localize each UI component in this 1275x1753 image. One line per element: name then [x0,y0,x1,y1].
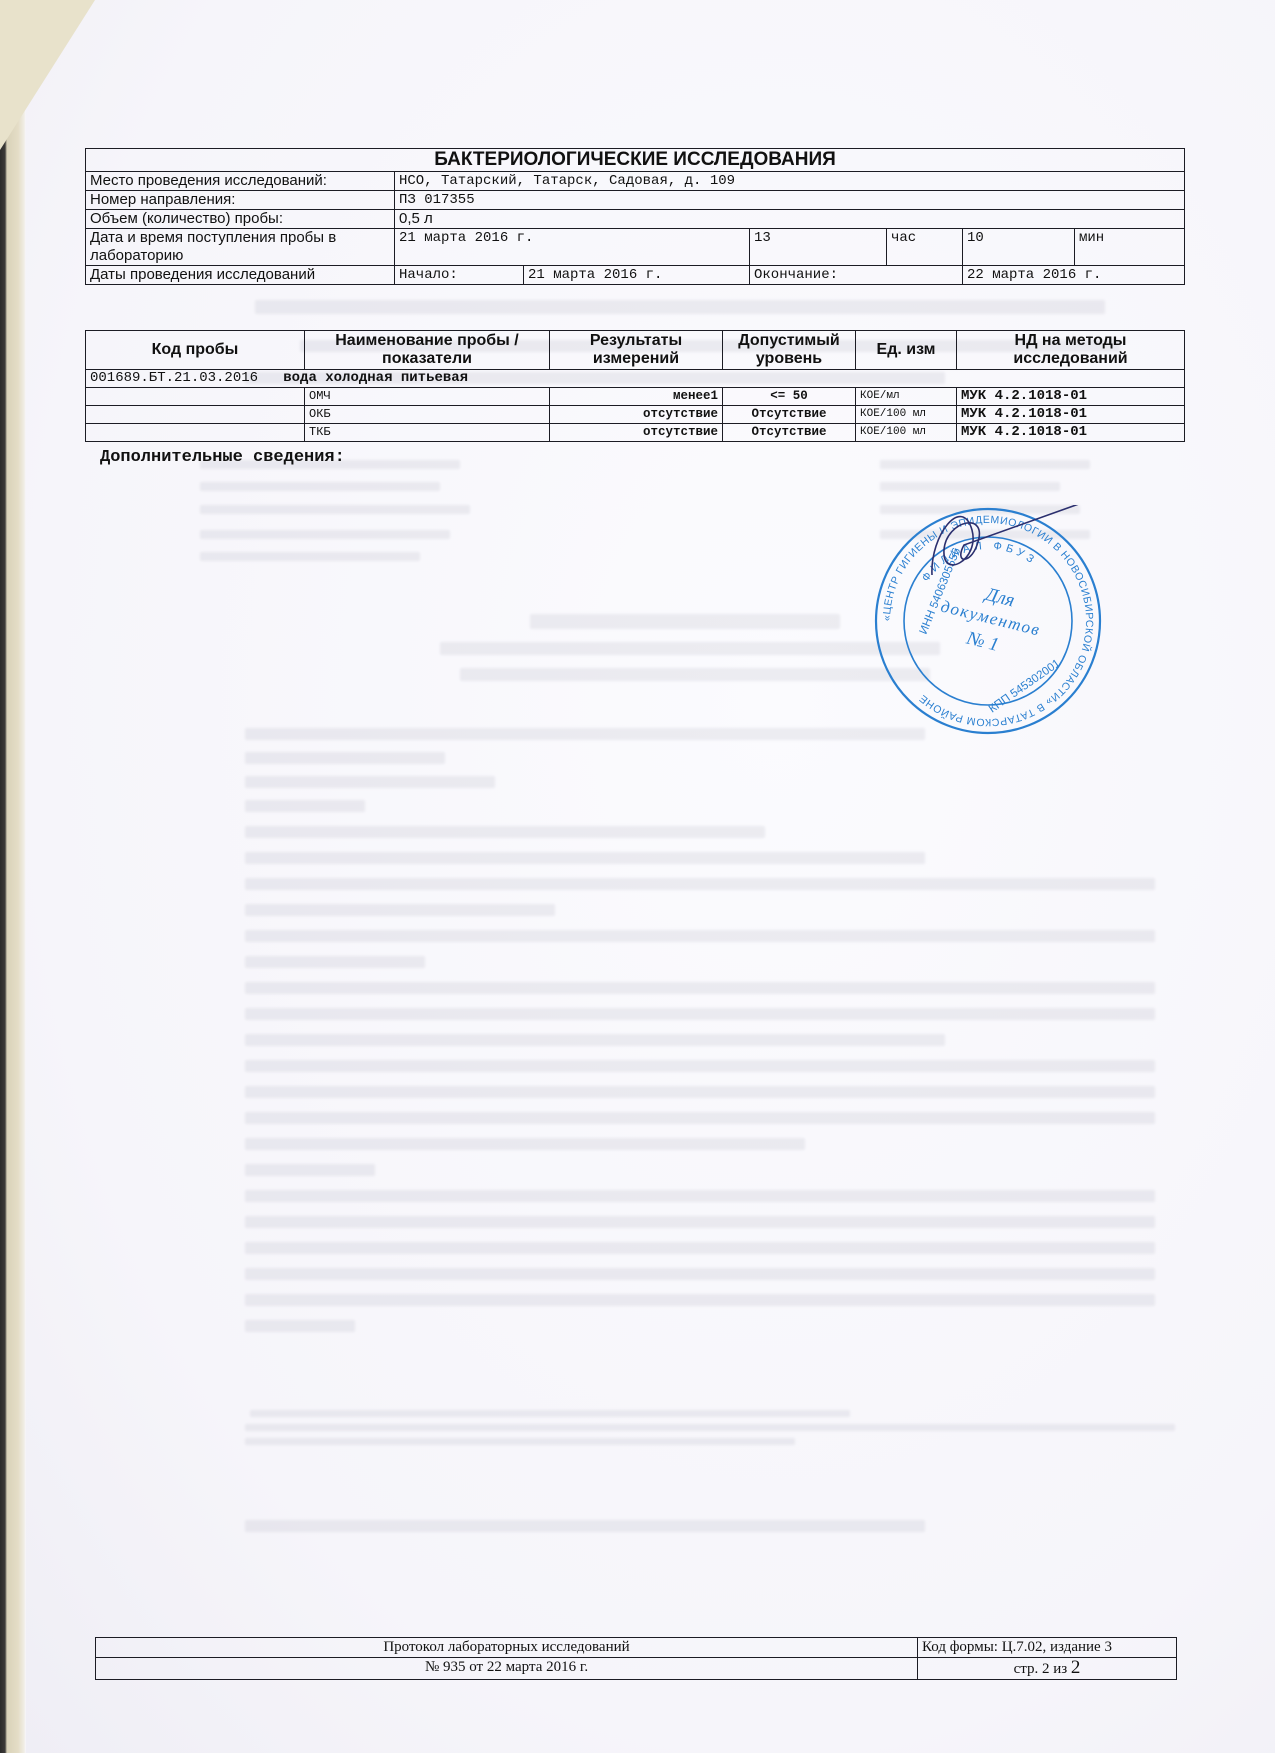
official-stamp-icon: «ЦЕНТР ГИГИЕНЫ И ЭПИДЕМИОЛОГИИ В НОВОСИБ… [872,505,1104,737]
received-date: 21 марта 2016 г. [395,229,750,266]
result: отсутствие [550,424,723,442]
header-sample-code: Код пробы [86,331,305,370]
limit: Отсутствие [723,424,856,442]
end-label: Окончание: [750,266,963,285]
limit: <= 50 [723,388,856,406]
indicator: ОКБ [305,406,550,424]
minute-label: мин [1075,229,1185,266]
received-label: Дата и время поступления пробы в лаборат… [86,229,395,266]
table-row: ОКБ отсутствие Отсутствие КОЕ/100 мл МУК… [86,406,1185,424]
svg-text:№ 1: № 1 [964,628,1001,656]
header-method: НД на методы исследований [957,331,1185,370]
form-code: Код формы: Ц.7.02, издание 3 [918,1638,1177,1658]
protocol-title: Протокол лабораторных исследований [96,1638,918,1658]
header-unit: Ед. изм [856,331,957,370]
results-table: Код пробы Наименование пробы / показател… [85,330,1185,442]
place-label: Место проведения исследований: [86,172,395,191]
svg-text:ФИЛИАЛ ФБУЗ: ФИЛИАЛ ФБУЗ [920,540,1039,584]
sample-row: 001689.БТ.21.03.2016 вода холодная питье… [86,370,1185,388]
indicator: ОМЧ [305,388,550,406]
table-row: ТКБ отсутствие Отсутствие КОЕ/100 мл МУК… [86,424,1185,442]
volume-label: Объем (количество) пробы: [86,210,395,229]
place-value: НСО, Татарский, Татарск, Садовая, д. 109 [395,172,1185,191]
unit: КОЕ/100 мл [856,424,957,442]
method: МУК 4.2.1018-01 [957,424,1185,442]
limit: Отсутствие [723,406,856,424]
received-minute: 10 [963,229,1075,266]
start-date: 21 марта 2016 г. [524,266,750,285]
unit: КОЕ/100 мл [856,406,957,424]
header-indicator: Наименование пробы / показатели [305,331,550,370]
dates-label: Даты проведения исследований [86,266,395,285]
received-hour: 13 [750,229,887,266]
volume-value: 0,5 л [395,210,1185,229]
sample-info-table: БАКТЕРИОЛОГИЧЕСКИЕ ИССЛЕДОВАНИЯ Место пр… [85,148,1185,285]
method: МУК 4.2.1018-01 [957,406,1185,424]
header-limit: Допустимый уровень [723,331,856,370]
page-indicator: стр. 2 из 2 [918,1658,1177,1680]
hour-label: час [887,229,963,266]
referral-label: Номер направления: [86,191,395,210]
protocol-number: № 935 от 22 марта 2016 г. [96,1658,918,1680]
table-row: ОМЧ менее1 <= 50 КОЕ/мл МУК 4.2.1018-01 [86,388,1185,406]
result: отсутствие [550,406,723,424]
sample-name: вода холодная питьевая [283,370,468,386]
section-title: БАКТЕРИОЛОГИЧЕСКИЕ ИССЛЕДОВАНИЯ [86,149,1185,172]
additional-info-label: Дополнительные сведения: [100,448,345,467]
end-date: 22 марта 2016 г. [963,266,1185,285]
sample-code: 001689.БТ.21.03.2016 [90,370,258,386]
result: менее1 [550,388,723,406]
referral-value: ПЗ 017355 [395,191,1185,210]
header-result: Результаты измерений [550,331,723,370]
page-footer: Протокол лабораторных исследований Код ф… [95,1637,1177,1680]
indicator: ТКБ [305,424,550,442]
unit: КОЕ/мл [856,388,957,406]
method: МУК 4.2.1018-01 [957,388,1185,406]
start-label: Начало: [395,266,524,285]
